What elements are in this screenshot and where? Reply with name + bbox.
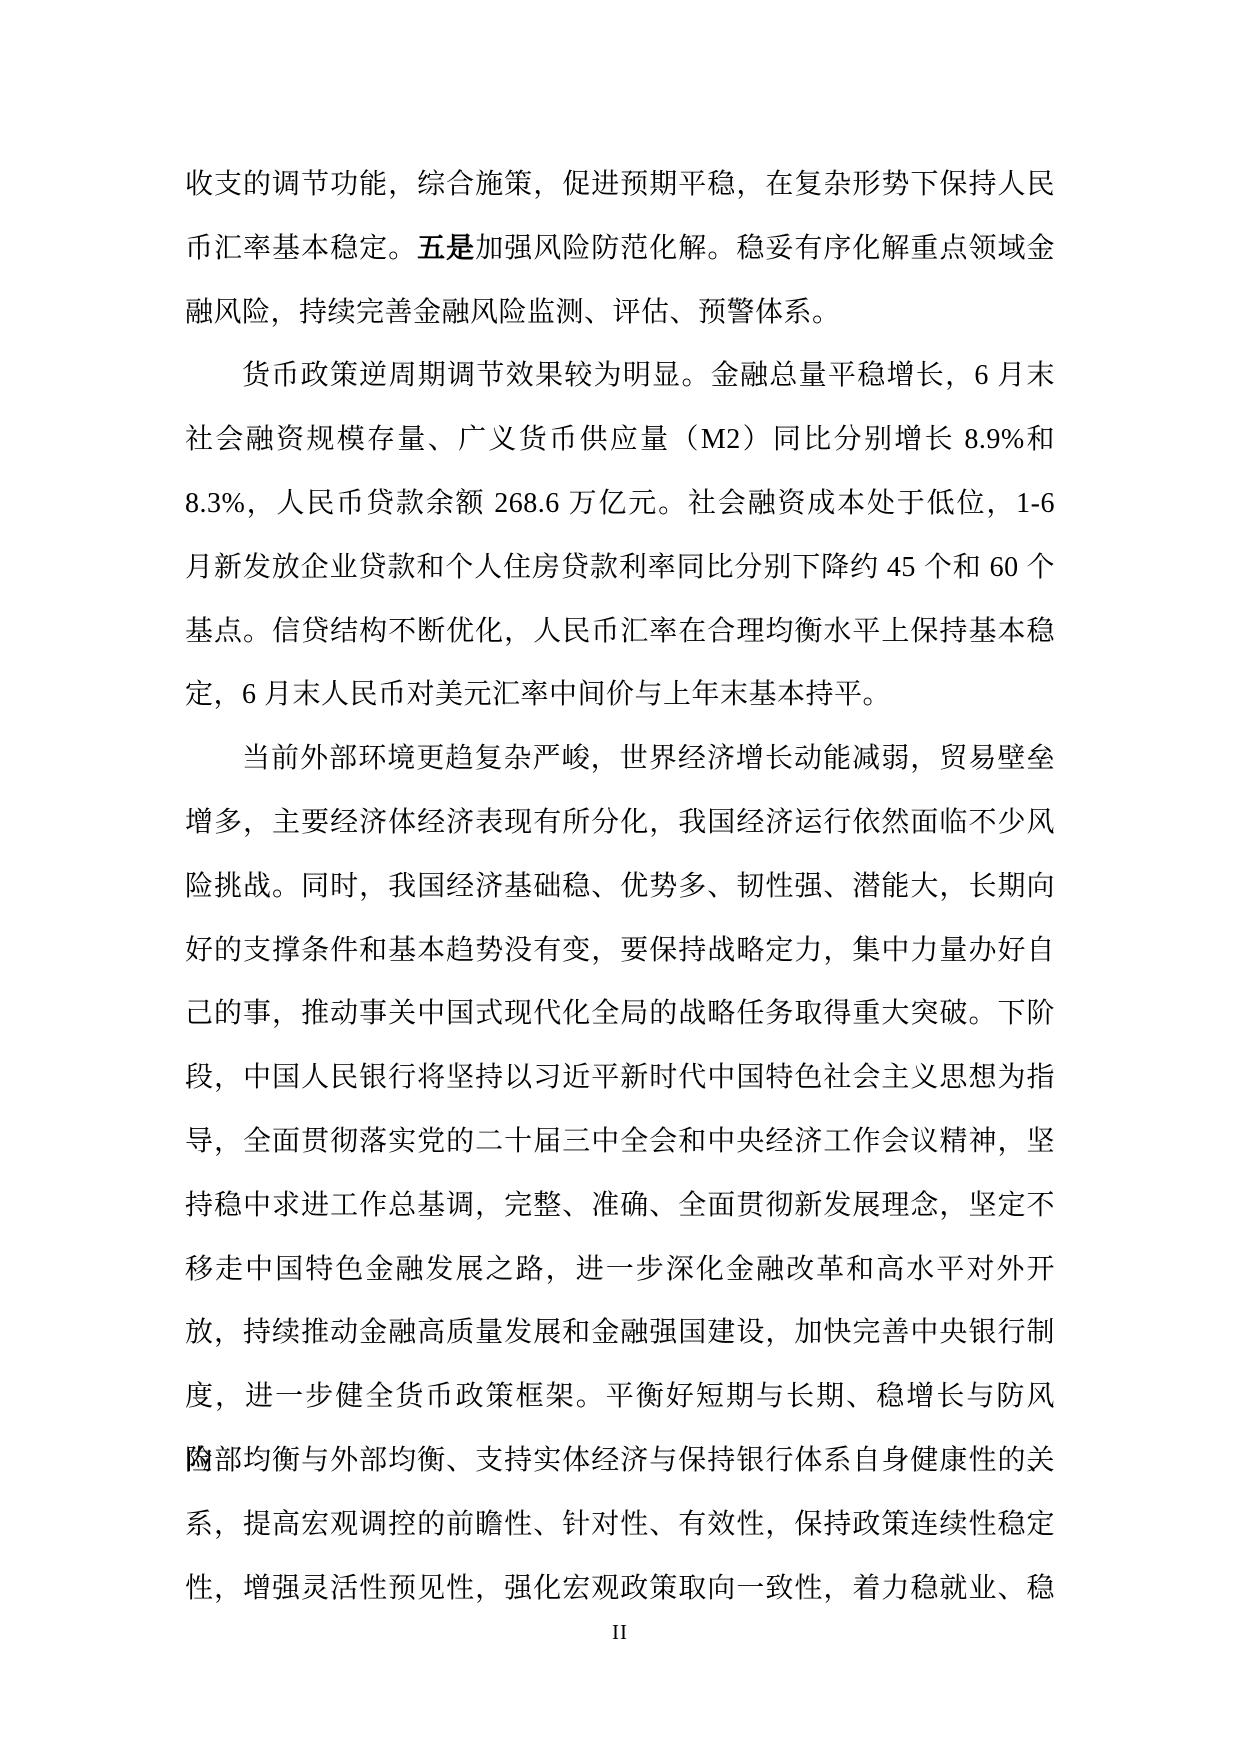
text-segment: 移走中国特色金融发展之路，进一步深化金融改革和高水平对外开 <box>185 1254 1055 1285</box>
text-line: 融风险，持续完善金融风险监测、评估、预警体系。 <box>185 281 1055 345</box>
page-number: II <box>0 1620 1240 1645</box>
text-line: 好的支撑条件和基本趋势没有变，要保持战略定力，集中力量办好自 <box>185 919 1055 983</box>
text-segment: 加强风险防范化解。稳妥有序化解重点领域金 <box>475 233 1055 264</box>
text-line: 社会融资规模存量、广义货币供应量（M2）同比分别增长 8.9%和 <box>185 408 1055 472</box>
text-line: 月新发放企业贷款和个人住房贷款利率同比分别下降约 45 个和 60 个 <box>185 536 1055 600</box>
text-line: 货币政策逆周期调节效果较为明显。金融总量平稳增长，6 月末 <box>185 344 1055 408</box>
text-segment: 持稳中求进工作总基调，完整、准确、全面贯彻新发展理念，坚定不 <box>185 1190 1055 1221</box>
text-line: 定，6 月末人民币对美元汇率中间价与上年末基本持平。 <box>185 663 1055 727</box>
text-segment: 定，6 月末人民币对美元汇率中间价与上年末基本持平。 <box>185 679 891 710</box>
text-line: 当前外部环境更趋复杂严峻，世界经济增长动能减弱，贸易壁垒 <box>185 727 1055 791</box>
text-line: 币汇率基本稳定。五是加强风险防范化解。稳妥有序化解重点领域金 <box>185 217 1055 281</box>
text-segment: 收支的调节功能，综合施策，促进预期平稳，在复杂形势下保持人民 <box>185 169 1055 200</box>
text-segment: 性，增强灵活性预见性，强化宏观政策取向一致性，着力稳就业、稳 <box>185 1573 1055 1604</box>
document-body: 收支的调节功能，综合施策，促进预期平稳，在复杂形势下保持人民币汇率基本稳定。五是… <box>185 153 1055 1620</box>
text-line: 8.3%，人民币贷款余额 268.6 万亿元。社会融资成本处于低位，1-6 <box>185 472 1055 536</box>
text-segment: 8.3%，人民币贷款余额 268.6 万亿元。社会融资成本处于低位，1-6 <box>185 488 1055 519</box>
text-segment: 导，全面贯彻落实党的二十届三中全会和中央经济工作会议精神，坚 <box>185 1126 1055 1157</box>
text-line: 导，全面贯彻落实党的二十届三中全会和中央经济工作会议精神，坚 <box>185 1110 1055 1174</box>
text-line: 度，进一步健全货币政策框架。平衡好短期与长期、稳增长与防风险、 <box>185 1365 1055 1429</box>
text-segment: 社会融资规模存量、广义货币供应量（M2）同比分别增长 8.9%和 <box>185 424 1055 455</box>
text-segment: 融风险，持续完善金融风险监测、评估、预警体系。 <box>185 297 841 328</box>
text-line: 系，提高宏观调控的前瞻性、针对性、有效性，保持政策连续性稳定 <box>185 1493 1055 1557</box>
text-segment: 放，持续推动金融高质量发展和金融强国建设，加快完善中央银行制 <box>185 1317 1055 1348</box>
text-segment: 月新发放企业贷款和个人住房贷款利率同比分别下降约 45 个和 60 个 <box>185 552 1055 583</box>
text-segment: 好的支撑条件和基本趋势没有变，要保持战略定力，集中力量办好自 <box>185 935 1055 966</box>
text-line: 段，中国人民银行将坚持以习近平新时代中国特色社会主义思想为指 <box>185 1046 1055 1110</box>
text-line: 险挑战。同时，我国经济基础稳、优势多、韧性强、潜能大，长期向 <box>185 855 1055 919</box>
text-segment: 币汇率基本稳定。 <box>185 233 417 264</box>
document-page: 收支的调节功能，综合施策，促进预期平稳，在复杂形势下保持人民币汇率基本稳定。五是… <box>0 0 1240 1754</box>
text-line: 收支的调节功能，综合施策，促进预期平稳，在复杂形势下保持人民 <box>185 153 1055 217</box>
text-segment: 己的事，推动事关中国式现代化全局的战略任务取得重大突破。下阶 <box>185 998 1055 1029</box>
text-segment: 增多，主要经济体经济表现有所分化，我国经济运行依然面临不少风 <box>185 807 1055 838</box>
text-segment: 当前外部环境更趋复杂严峻，世界经济增长动能减弱，贸易壁垒 <box>242 743 1055 774</box>
text-segment: 段，中国人民银行将坚持以习近平新时代中国特色社会主义思想为指 <box>185 1062 1055 1093</box>
text-segment: 险挑战。同时，我国经济基础稳、优势多、韧性强、潜能大，长期向 <box>185 871 1055 902</box>
text-line: 己的事，推动事关中国式现代化全局的战略任务取得重大突破。下阶 <box>185 982 1055 1046</box>
text-line: 增多，主要经济体经济表现有所分化，我国经济运行依然面临不少风 <box>185 791 1055 855</box>
text-segment: 内部均衡与外部均衡、支持实体经济与保持银行体系自身健康性的关 <box>185 1445 1055 1476</box>
text-line: 持稳中求进工作总基调，完整、准确、全面贯彻新发展理念，坚定不 <box>185 1174 1055 1238</box>
text-line: 放，持续推动金融高质量发展和金融强国建设，加快完善中央银行制 <box>185 1301 1055 1365</box>
text-line: 移走中国特色金融发展之路，进一步深化金融改革和高水平对外开 <box>185 1238 1055 1302</box>
text-line: 性，增强灵活性预见性，强化宏观政策取向一致性，着力稳就业、稳 <box>185 1557 1055 1621</box>
text-segment: 货币政策逆周期调节效果较为明显。金融总量平稳增长，6 月末 <box>242 360 1055 391</box>
text-segment: 基点。信贷结构不断优化，人民币汇率在合理均衡水平上保持基本稳 <box>185 616 1055 647</box>
text-line: 内部均衡与外部均衡、支持实体经济与保持银行体系自身健康性的关 <box>185 1429 1055 1493</box>
text-line: 基点。信贷结构不断优化，人民币汇率在合理均衡水平上保持基本稳 <box>185 600 1055 664</box>
bold-text-segment: 五是 <box>417 233 475 264</box>
text-segment: 系，提高宏观调控的前瞻性、针对性、有效性，保持政策连续性稳定 <box>185 1509 1055 1540</box>
